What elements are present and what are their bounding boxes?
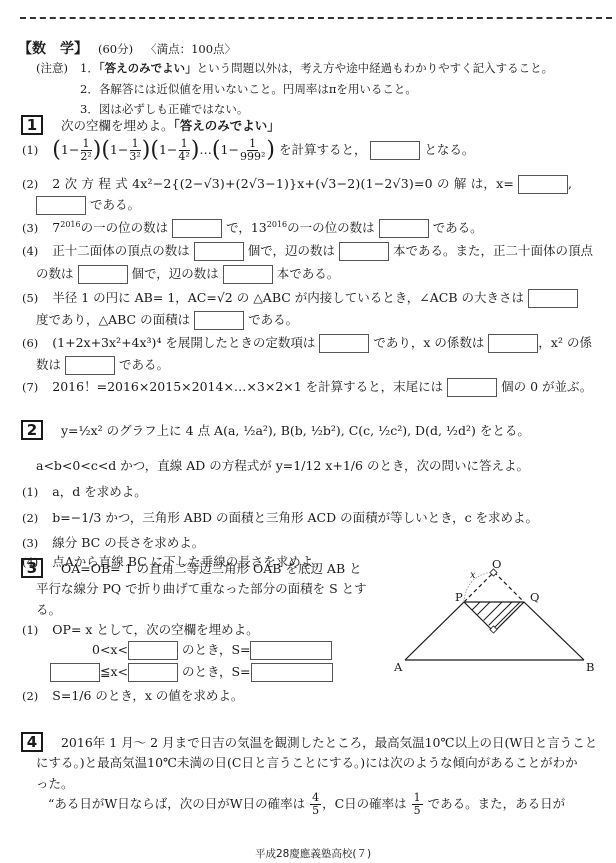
question-number: 2: [21, 420, 43, 440]
top-dashed-rule: [20, 17, 612, 19]
item-text: で，: [226, 220, 251, 235]
time-limit: (60分): [98, 42, 133, 56]
base: 13: [251, 220, 267, 235]
item-text: ，C日の確率は: [322, 796, 407, 811]
item-text: ，x² の係: [538, 335, 592, 350]
item-text: である。: [248, 312, 298, 327]
condition-text: のとき，S=: [182, 664, 251, 679]
subject-title: 【数 学】: [18, 41, 88, 57]
q4-line-1: 2016年 1 月～ 2 月まで日吉の気温を観測したところ，最高気温10℃以上の…: [61, 735, 597, 750]
note-text: 図は必ずしも正確ではない。: [99, 102, 249, 116]
q3-item-1: (1) OP= x として，次の空欄を埋めよ。: [22, 620, 259, 638]
note-bold-text: 「答えのみでよい」: [99, 61, 197, 75]
q1-heading: 1 次の空欄を埋めよ。「答えのみでよい」: [21, 115, 280, 135]
exponent: 2016: [267, 220, 287, 229]
question-number: 1: [21, 115, 43, 135]
q2-item-2: (2) b=−1/3 かつ，三角形 ABD の面積と三角形 ACD の面積が等し…: [22, 508, 538, 526]
q3-row-1: 0<x< のとき，S=: [92, 640, 332, 660]
note-text: 各解答には近似値を用いないこと。円周率はπを用いること。: [99, 82, 417, 96]
item-text: 個で，辺の数は: [131, 266, 218, 281]
item-text: である。: [119, 357, 169, 372]
item-text: 2 次 方 程 式 4x²−2{(2−√3)+(2√3−1)}x+(√3−2)(…: [52, 176, 514, 191]
item-text: である。また，ある日が: [428, 796, 566, 811]
item-text: OP= x として，次の空欄を埋めよ。: [52, 622, 258, 637]
denominator: 5: [312, 805, 319, 817]
q3-intro-3: る。: [36, 600, 61, 618]
item-text: 2016！=2016×2015×2014×…×3×2×1 を計算すると，末尾には: [52, 379, 443, 394]
item-text: である。: [433, 220, 483, 235]
fraction: 15: [412, 792, 423, 817]
page-footer: 平成28慶應義塾高校(７): [255, 846, 371, 861]
q3-intro-2: 平行な線分 PQ で折り曲げて重なった部分の面積を S とす: [36, 579, 367, 597]
answer-box[interactable]: [379, 219, 429, 238]
answer-box[interactable]: [65, 356, 115, 375]
q4-line-4: “ある日がW日ならば，次の日がW日の確率は 45，C日の確率は 15 である。ま…: [48, 792, 565, 817]
q1-item-4-cont: の数は 個で，辺の数は 本である。: [36, 264, 339, 284]
q1-item-5-cont: 度であり，△ABC の面積は である。: [36, 310, 298, 330]
q3-heading-line: 3 OA=OB= 1 の直角二等辺三角形 OAB を底辺 AB と: [21, 558, 362, 578]
q4-heading: 4 2016年 1 月～ 2 月まで日吉の気温を観測したところ，最高気温10℃以…: [21, 732, 597, 752]
question-number: 4: [21, 732, 43, 752]
item-text: を計算すると，: [279, 142, 367, 157]
answer-box[interactable]: [447, 378, 497, 397]
note-number: 1．: [80, 61, 99, 75]
item-label: (7): [22, 380, 38, 394]
notes-label: (注意): [36, 60, 68, 76]
answer-box[interactable]: [370, 141, 420, 160]
q1-item-6: (6) (1+2x+3x²+4x³)⁴ を展開したときの定数項は であり，x の…: [22, 333, 592, 353]
item-text: である。: [90, 197, 140, 212]
item-label: (2): [22, 511, 38, 525]
note-1: 1．「答えのみでよい」という問題以外は，考え方や途中経過もわかりやすく記入するこ…: [80, 60, 553, 76]
label-Q: Q: [530, 590, 539, 604]
answer-box[interactable]: [518, 175, 568, 194]
item-label: (3): [22, 221, 38, 235]
item-text: 本である。: [277, 266, 340, 281]
item-label: (2): [22, 689, 38, 703]
q3-row-2: ≦x< のとき，S=: [50, 662, 333, 682]
q2-heading: 2 y=½x² のグラフ上に 4 点 A(a, ½a²), B(b, ½b²),…: [21, 420, 530, 440]
exam-header: 【数 学】 (60分) 〈満点：100点〉: [18, 38, 236, 58]
label-B: B: [586, 660, 594, 674]
inequality-text: ≦x<: [100, 664, 128, 679]
answer-box[interactable]: [128, 663, 178, 682]
item-text: の数は: [36, 266, 74, 281]
label-A: A: [394, 660, 402, 674]
item-text: 線分 BC の長さを求めよ。: [52, 535, 204, 550]
item-label: (1): [22, 623, 38, 637]
q1-instruction-bold: 「答えのみでよい」: [174, 118, 280, 133]
item-text: 個で，辺の数は: [248, 243, 335, 258]
fraction: 45: [310, 792, 321, 817]
answer-box[interactable]: [488, 334, 538, 353]
item-text: 度であり，△ABC の面積は: [36, 312, 190, 327]
note-2: 2．各解答には近似値を用いないこと。円周率はπを用いること。: [80, 81, 417, 97]
item-label: (6): [22, 336, 38, 350]
item-text: 本である。また，正二十面体の頂点: [393, 243, 593, 258]
q4-line-3: った。: [36, 774, 74, 792]
answer-box[interactable]: [319, 334, 369, 353]
q2-condition: a<b<0<c<d かつ，直線 AD の方程式が y=1/12 x+1/6 のと…: [36, 456, 529, 474]
item-label: (1): [22, 485, 38, 499]
condition-text: のとき，S=: [182, 642, 251, 657]
item-text: 正十二面体の頂点の数は: [52, 243, 190, 258]
answer-box[interactable]: [250, 641, 332, 660]
answer-box[interactable]: [36, 196, 86, 215]
max-points: 〈満点：100点〉: [145, 42, 236, 56]
item-text: 半径 1 の円に AB= 1，AC=√2 の △ABC が内接しているとき，∠A…: [52, 290, 524, 305]
note-text: という問題以外は，考え方や途中経過もわかりやすく記入すること。: [197, 61, 554, 75]
label-O: O: [492, 557, 501, 571]
denominator: 5: [414, 805, 421, 817]
q1-item-4: (4) 正十二面体の頂点の数は 個で，辺の数は 本である。また，正二十面体の頂点: [22, 241, 593, 261]
q1-item-6-cont: 数は である。: [36, 355, 169, 375]
item-text: (1+2x+3x²+4x³)⁴ を展開したときの定数項は: [52, 335, 315, 350]
item-text: a，d を求めよ。: [52, 484, 146, 499]
question-number: 3: [21, 558, 43, 578]
q1-item-5: (5) 半径 1 の円に AB= 1，AC=√2 の △ABC が内接していると…: [22, 288, 578, 308]
exponent: 2016: [60, 220, 80, 229]
q4-line-2: にする。)と最高気温10℃未満の日(C日と言うことにする。)には次のような傾向が…: [36, 753, 578, 771]
item-text: となる。: [424, 142, 474, 157]
answer-box[interactable]: [50, 663, 100, 682]
item-label: (2): [22, 177, 38, 191]
product-expression: (1−12²)(1−13²)(1−14²)…(1−1999²): [52, 142, 279, 157]
item-text: の一の位の数は: [81, 220, 169, 235]
note-number: 2．: [80, 82, 99, 96]
answer-box[interactable]: [194, 242, 244, 261]
q2-item-3: (3) 線分 BC の長さを求めよ。: [22, 533, 204, 551]
item-text: の一の位の数は: [287, 220, 375, 235]
q3-intro-1: OA=OB= 1 の直角二等辺三角形 OAB を底辺 AB と: [61, 561, 362, 576]
label-x: x: [470, 570, 476, 581]
q1-item-3: (3) 72016の一の位の数は で，132016の一の位の数は である。: [22, 218, 483, 238]
answer-box[interactable]: [128, 641, 178, 660]
answer-box[interactable]: [172, 219, 222, 238]
q3-item-2: (2) S=1/6 のとき，x の値を求めよ。: [22, 686, 243, 704]
answer-box[interactable]: [78, 265, 128, 284]
q2-item-1: (1) a，d を求めよ。: [22, 482, 147, 500]
q1-item-1: (1) (1−12²)(1−13²)(1−14²)…(1−1999²) を計算す…: [22, 138, 474, 163]
item-text: S=1/6 のとき，x の値を求めよ。: [52, 688, 243, 703]
answer-box[interactable]: [339, 242, 389, 261]
q1-item-2: (2) 2 次 方 程 式 4x²−2{(2−√3)+(2√3−1)}x+(√3…: [22, 174, 572, 194]
item-text: であり，x の係数は: [373, 335, 484, 350]
q1-instruction: 次の空欄を埋めよ。: [61, 118, 174, 133]
item-label: (4): [22, 244, 38, 258]
answer-box[interactable]: [223, 265, 273, 284]
inequality-text: 0<x<: [92, 642, 128, 657]
q2-intro: y=½x² のグラフ上に 4 点 A(a, ½a²), B(b, ½b²), C…: [61, 423, 530, 438]
item-text: 個の 0 が並ぶ。: [501, 379, 592, 394]
answer-box[interactable]: [194, 311, 244, 330]
answer-box[interactable]: [528, 289, 578, 308]
item-label: (3): [22, 536, 38, 550]
q1-item-7: (7) 2016！=2016×2015×2014×…×3×2×1 を計算すると，…: [22, 377, 592, 397]
item-label: (5): [22, 291, 38, 305]
item-text: “ある日がW日ならば，次の日がW日の確率は: [48, 796, 305, 811]
item-text: b=−1/3 かつ，三角形 ABD の面積と三角形 ACD の面積が等しいとき，…: [52, 510, 538, 525]
q1-item-2-cont: である。: [36, 195, 140, 215]
item-label: (1): [22, 143, 38, 157]
answer-box[interactable]: [251, 663, 333, 682]
note-number: 3．: [80, 102, 99, 116]
label-P: P: [455, 590, 463, 604]
item-text: 数は: [36, 357, 61, 372]
